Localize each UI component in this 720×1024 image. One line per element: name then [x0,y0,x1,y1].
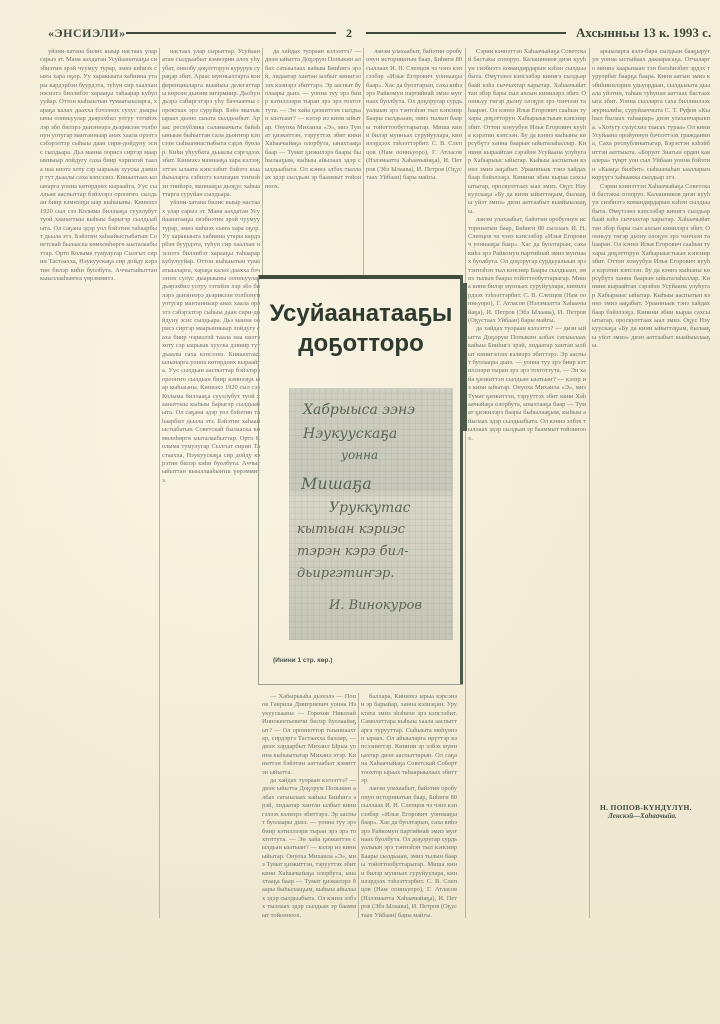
note-line: дьиргэтиҥэр. [297,566,394,581]
note-line: Хабрыыса ээнэ [303,402,415,418]
article-column-5: Сэрии кэннэттэн Хаһаачыйаҕа Советскай ба… [468,48,586,918]
note-line: Уруккутас [329,500,411,516]
column-divider [262,48,263,276]
article-column-2: настаах улар сырыттар. Усуйаанатан сылдь… [162,48,260,918]
article-column-4: ланэм улахаабыт, байэтин оробуонун истор… [366,48,462,276]
article-column-lower-2: баллара, Киниэхэ ырыа кэрсэнэн эр барыйа… [361,693,457,918]
author-signature: Н. ПОПОВ-КҮНДҮЛҮН. Ленскэй—Хаһаачыйа. [600,803,692,820]
article-column-1: уйэни-хатана билис кыыр настаах улар сар… [40,48,157,918]
newspaper-title: «ЭНСИЭЛИ» [48,26,126,41]
note-line: уонна [341,448,378,462]
article-column-6: арыыларга кэлэ-бара сылдьан бааҕырутун у… [592,48,710,788]
author-place: Ленскэй—Хаһаачыйа. [608,812,692,820]
headline-line-1: Усуйаанатааҕы [259,299,463,329]
column-divider [465,48,466,918]
column-divider [363,48,364,276]
note-line: Нэукуускаҕа [303,426,397,442]
newspaper-page: «ЭНСИЭЛИ» 2 Ахсынньы 13 к. 1993 с. уйэни… [0,0,720,1024]
note-signature: И. Винокуров [329,598,422,613]
feature-headline: Усуйаанатааҕы доҕотторо [259,299,463,359]
note-line: Мишаҕа [301,474,372,493]
feature-box-top-rule [259,275,463,279]
issue-date: Ахсынньы 13 к. 1993 с. [576,25,711,41]
author-name: Н. ПОПОВ-КҮНДҮЛҮН. [600,803,692,812]
masthead: «ЭНСИЭЛИ» 2 Ахсынньы 13 к. 1993 с. [48,22,696,42]
photo-caption: (Инини 1 стр. көр.) [273,657,332,664]
column-divider [358,693,359,918]
article-column-3: да хайдах туораан кэлээттэ? — диэн ыйытт… [265,48,361,276]
feature-box-bottom-rule [259,684,463,685]
headline-line-2: доҕотторо [259,329,463,359]
handwritten-note-photo: Хабрыыса ээнэ Нэукуускаҕа уонна Мишаҕа У… [289,388,453,640]
column-divider [589,48,590,918]
note-line: тэрэн кэрэ бил- [297,544,409,559]
feature-box: Усуйаанатааҕы доҕотторо Хабрыыса ээнэ Нэ… [258,275,463,685]
accent-rule [463,283,467,431]
column-divider [159,48,160,918]
masthead-rule-left [126,32,336,34]
article-column-lower-1: — Хабырыыһа дьэнэлэ — Попов Гаврила Дмит… [262,693,356,918]
page-number: 2 [346,26,352,41]
note-line: кытыан кэриэс [297,522,405,537]
masthead-rule-right [366,32,566,34]
